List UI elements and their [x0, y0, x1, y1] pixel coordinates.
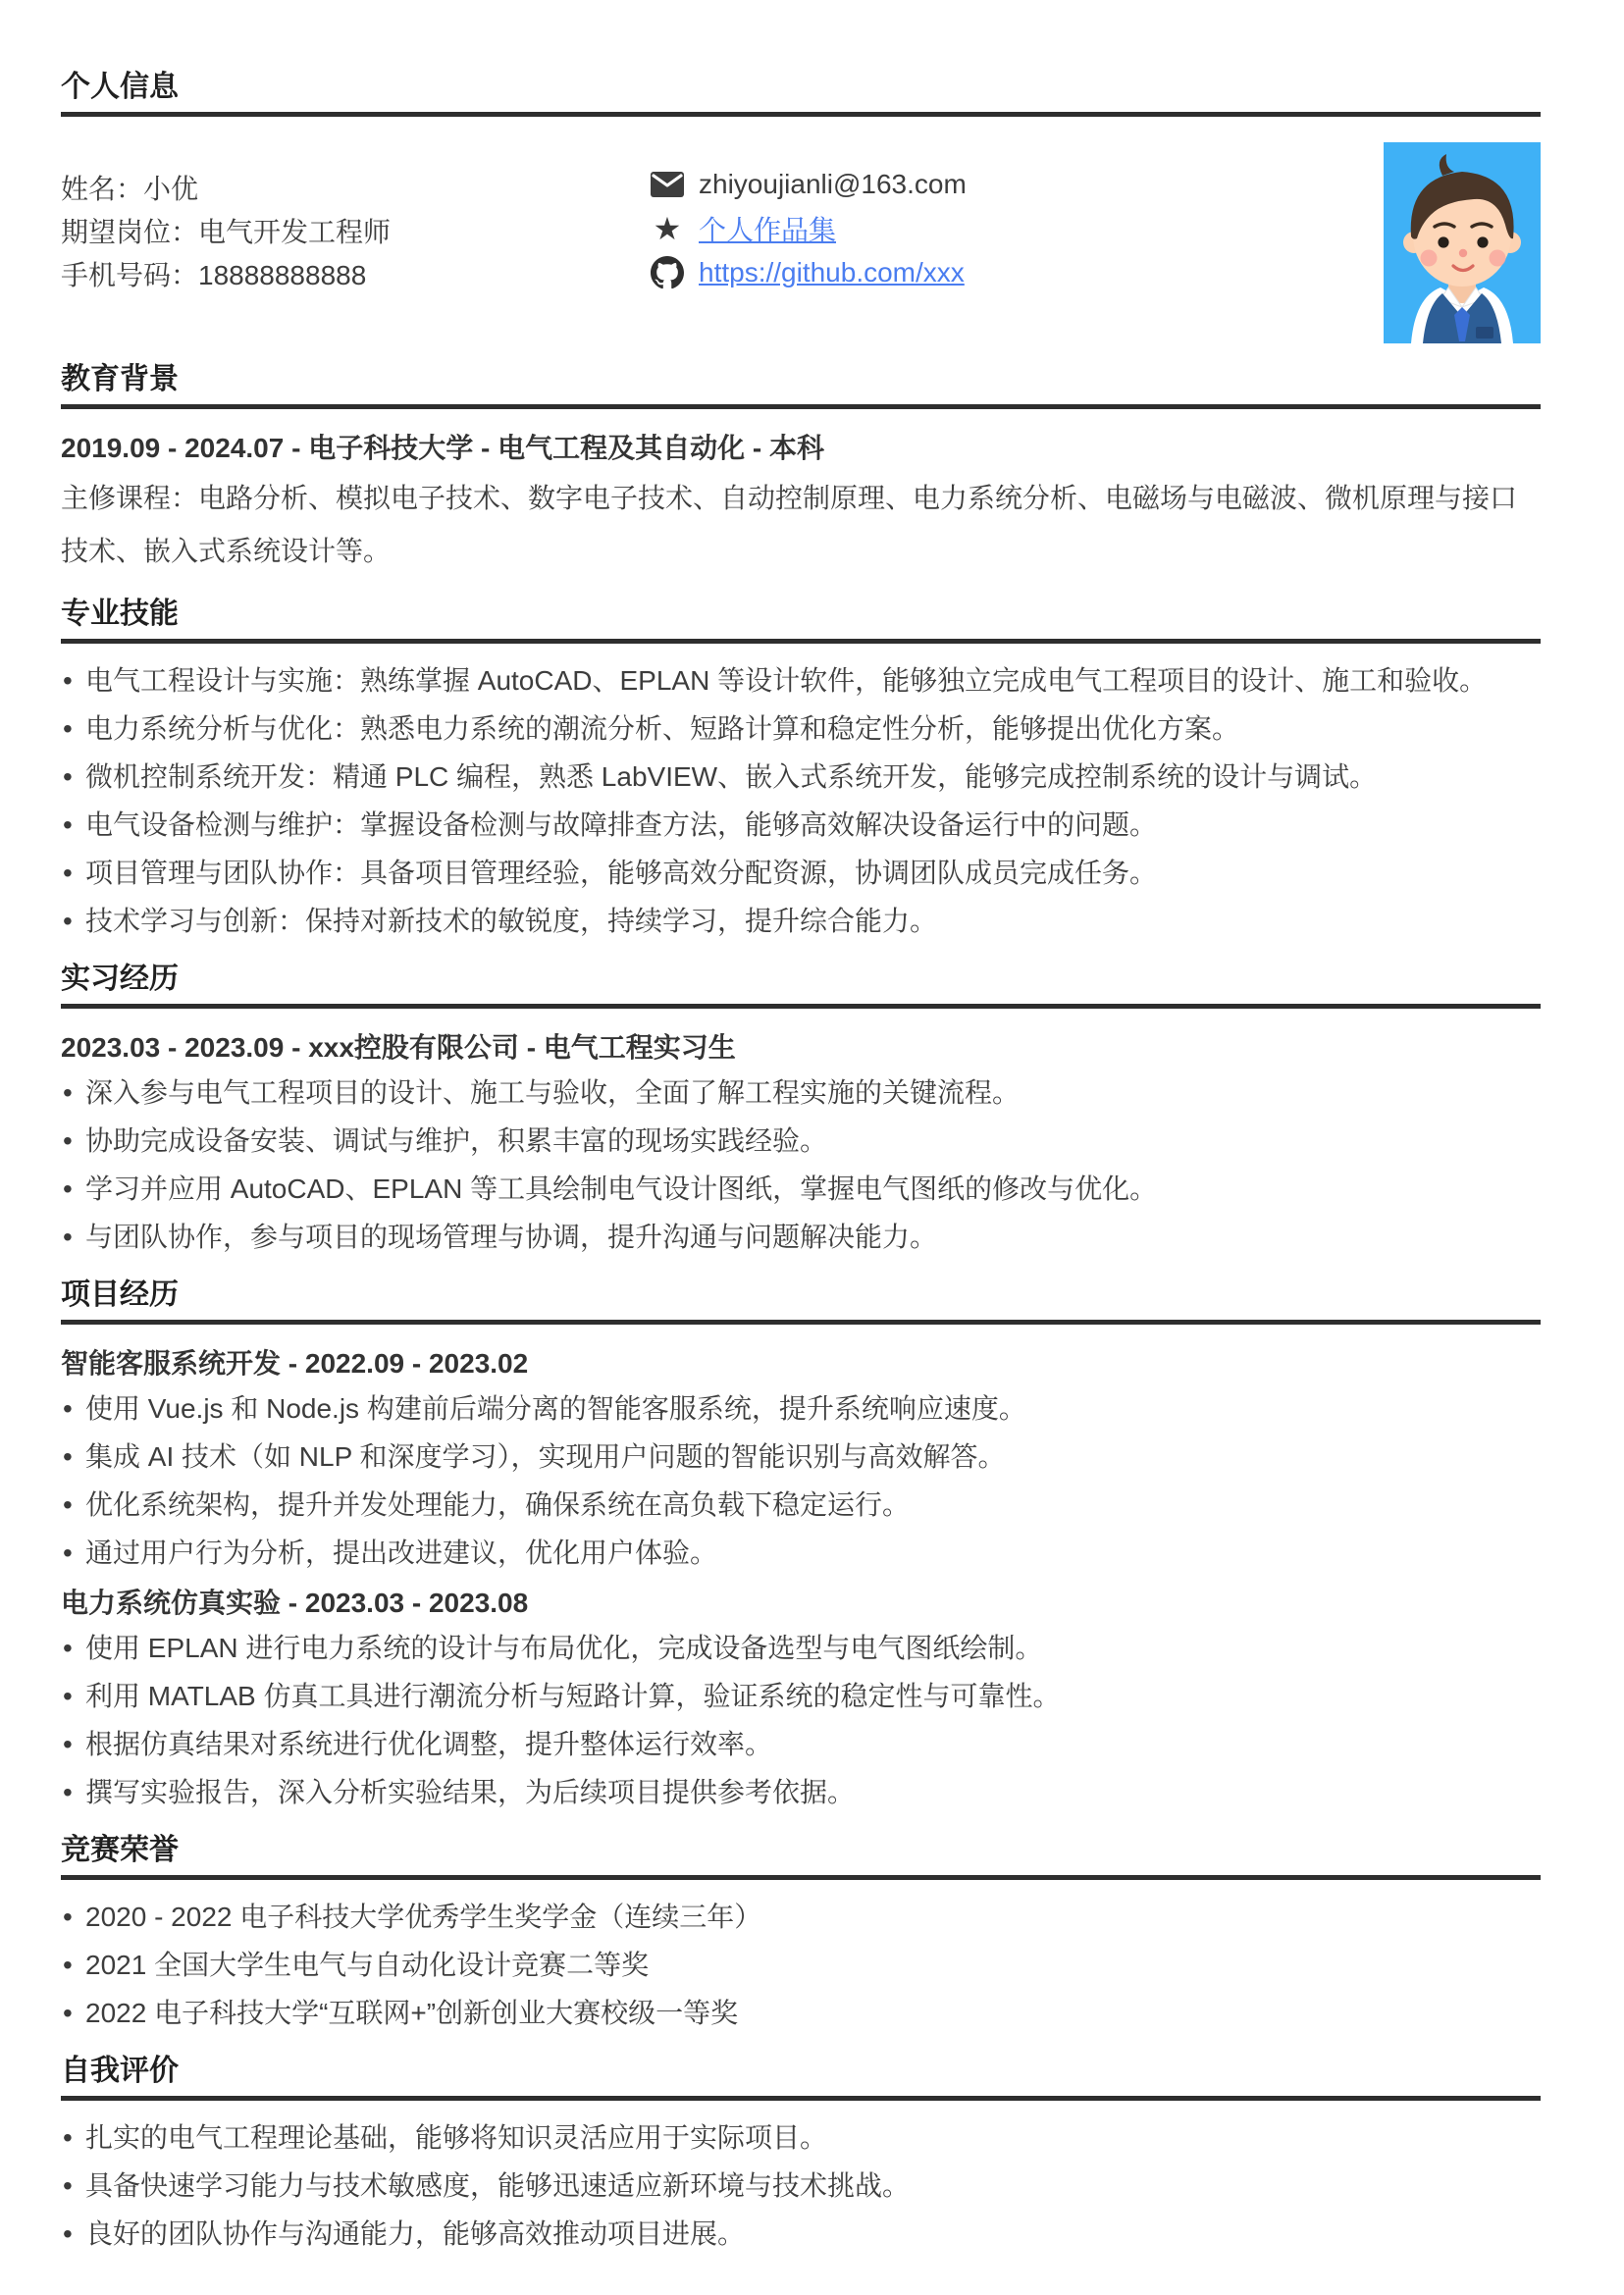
- list-item: 协助完成设备安装、调试与维护，积累丰富的现场实践经验。: [61, 1120, 1533, 1163]
- list-item: 扎实的电气工程理论基础，能够将知识灵活应用于实际项目。: [61, 2116, 1533, 2160]
- self-evaluation-list: 扎实的电气工程理论基础，能够将知识灵活应用于实际项目。 具备快速学习能力与技术敏…: [61, 2116, 1541, 2256]
- list-item: 2022 电子科技大学“互联网+”创新创业大赛校级一等奖: [61, 1992, 1533, 2035]
- education-heading: 2019.09 - 2024.07 - 电子科技大学 - 电气工程及其自动化 -…: [61, 425, 1541, 472]
- list-item: 电气工程设计与实施：熟练掌握 AutoCAD、EPLAN 等设计软件，能够独立完…: [61, 659, 1533, 703]
- list-item: 微机控制系统开发：精通 PLC 编程，熟悉 LabVIEW、嵌入式系统开发，能够…: [61, 756, 1533, 799]
- list-item: 良好的团队协作与沟通能力，能够高效推动项目进展。: [61, 2213, 1533, 2256]
- star-icon: ★: [650, 213, 685, 244]
- section-rule: [61, 404, 1541, 409]
- portfolio-link[interactable]: 个人作品集: [699, 209, 836, 248]
- section-rule: [61, 639, 1541, 644]
- section-rule: [61, 1004, 1541, 1009]
- section-title-honors: 竞赛荣誉: [61, 1832, 1541, 1869]
- section-title-education: 教育背景: [61, 361, 1541, 398]
- resume-page: 个人信息 姓名：小优 期望岗位：电气开发工程师 手机号码：18888888888…: [0, 0, 1624, 2295]
- list-item: 学习并应用 AutoCAD、EPLAN 等工具绘制电气设计图纸，掌握电气图纸的修…: [61, 1168, 1533, 1211]
- project-list: 使用 EPLAN 进行电力系统的设计与布局优化，完成设备选型与电气图纸绘制。 利…: [61, 1627, 1541, 1814]
- email-text: zhiyoujianli@163.com: [699, 169, 967, 200]
- section-rule: [61, 1875, 1541, 1880]
- list-item: 通过用户行为分析，提出改进建议，优化用户体验。: [61, 1532, 1533, 1575]
- list-item: 使用 Vue.js 和 Node.js 构建前后端分离的智能客服系统，提升系统响…: [61, 1387, 1533, 1431]
- section-self-evaluation: 自我评价 扎实的电气工程理论基础，能够将知识灵活应用于实际项目。 具备快速学习能…: [61, 2053, 1541, 2256]
- project-heading: 电力系统仿真实验 - 2023.03 - 2023.08: [61, 1580, 1541, 1627]
- github-link[interactable]: https://github.com/xxx: [699, 257, 965, 288]
- list-item: 2021 全国大学生电气与自动化设计竞赛二等奖: [61, 1944, 1533, 1987]
- github-icon: [650, 256, 685, 289]
- education-courses: 主修课程：电路分析、模拟电子技术、数字电子技术、自动控制原理、电力系统分析、电磁…: [61, 472, 1533, 578]
- section-rule: [61, 112, 1541, 117]
- project-heading: 智能客服系统开发 - 2022.09 - 2023.02: [61, 1340, 1541, 1387]
- personal-info-row: 姓名：小优 期望岗位：电气开发工程师 手机号码：18888888888 zhiy…: [61, 132, 1541, 343]
- list-item: 技术学习与创新：保持对新技术的敏锐度，持续学习，提升综合能力。: [61, 900, 1533, 943]
- list-item: 电力系统分析与优化：熟悉电力系统的潮流分析、短路计算和稳定性分析，能够提出优化方…: [61, 707, 1533, 751]
- list-item: 具备快速学习能力与技术敏感度，能够迅速适应新环境与技术挑战。: [61, 2165, 1533, 2208]
- section-rule: [61, 2096, 1541, 2101]
- list-item: 与团队协作，参与项目的现场管理与协调，提升沟通与问题解决能力。: [61, 1216, 1533, 1259]
- section-skills: 专业技能 电气工程设计与实施：熟练掌握 AutoCAD、EPLAN 等设计软件，…: [61, 596, 1541, 943]
- envelope-icon: [650, 172, 685, 197]
- personal-contacts: zhiyoujianli@163.com ★ 个人作品集 https://git…: [650, 162, 1384, 294]
- section-education: 教育背景 2019.09 - 2024.07 - 电子科技大学 - 电气工程及其…: [61, 361, 1541, 578]
- list-item: 使用 EPLAN 进行电力系统的设计与布局优化，完成设备选型与电气图纸绘制。: [61, 1627, 1533, 1670]
- project-list: 使用 Vue.js 和 Node.js 构建前后端分离的智能客服系统，提升系统响…: [61, 1387, 1541, 1575]
- honors-list: 2020 - 2022 电子科技大学优秀学生奖学金（连续三年） 2021 全国大…: [61, 1896, 1541, 2035]
- section-title-internship: 实习经历: [61, 961, 1541, 998]
- list-item: 优化系统架构，提升并发处理能力，确保系统在高负载下稳定运行。: [61, 1484, 1533, 1527]
- list-item: 电气设备检测与维护：掌握设备检测与故障排查方法，能够高效解决设备运行中的问题。: [61, 804, 1533, 847]
- list-item: 根据仿真结果对系统进行优化调整，提升整体运行效率。: [61, 1723, 1533, 1766]
- internship-heading: 2023.03 - 2023.09 - xxx控股有限公司 - 电气工程实习生: [61, 1024, 1541, 1071]
- section-rule: [61, 1320, 1541, 1325]
- contact-email-row: zhiyoujianli@163.com: [650, 162, 1384, 206]
- section-personal-info: 个人信息 姓名：小优 期望岗位：电气开发工程师 手机号码：18888888888…: [61, 69, 1541, 343]
- section-title-skills: 专业技能: [61, 596, 1541, 633]
- phone-field: 手机号码：18888888888: [61, 254, 650, 297]
- list-item: 利用 MATLAB 仿真工具进行潮流分析与短路计算，验证系统的稳定性与可靠性。: [61, 1675, 1533, 1718]
- list-item: 撰写实验报告，深入分析实验结果，为后续项目提供参考依据。: [61, 1771, 1533, 1814]
- list-item: 集成 AI 技术（如 NLP 和深度学习），实现用户问题的智能识别与高效解答。: [61, 1435, 1533, 1479]
- section-title-self-evaluation: 自我评价: [61, 2053, 1541, 2090]
- position-field: 期望岗位：电气开发工程师: [61, 211, 650, 254]
- section-title-personal-info: 个人信息: [61, 69, 1541, 106]
- contact-portfolio-row: ★ 个人作品集: [650, 206, 1384, 250]
- profile-photo: [1384, 142, 1541, 343]
- name-field: 姓名：小优: [61, 168, 650, 211]
- section-projects: 项目经历 智能客服系统开发 - 2022.09 - 2023.02 使用 Vue…: [61, 1277, 1541, 1814]
- section-internship: 实习经历 2023.03 - 2023.09 - xxx控股有限公司 - 电气工…: [61, 961, 1541, 1259]
- section-honors: 竞赛荣誉 2020 - 2022 电子科技大学优秀学生奖学金（连续三年） 202…: [61, 1832, 1541, 2035]
- list-item: 2020 - 2022 电子科技大学优秀学生奖学金（连续三年）: [61, 1896, 1533, 1939]
- list-item: 项目管理与团队协作：具备项目管理经验，能够高效分配资源，协调团队成员完成任务。: [61, 852, 1533, 895]
- personal-fields: 姓名：小优 期望岗位：电气开发工程师 手机号码：18888888888: [61, 168, 650, 297]
- list-item: 深入参与电气工程项目的设计、施工与验收，全面了解工程实施的关键流程。: [61, 1071, 1533, 1115]
- contact-github-row: https://github.com/xxx: [650, 250, 1384, 294]
- skills-list: 电气工程设计与实施：熟练掌握 AutoCAD、EPLAN 等设计软件，能够独立完…: [61, 659, 1541, 943]
- section-title-projects: 项目经历: [61, 1277, 1541, 1314]
- internship-list: 深入参与电气工程项目的设计、施工与验收，全面了解工程实施的关键流程。 协助完成设…: [61, 1071, 1541, 1259]
